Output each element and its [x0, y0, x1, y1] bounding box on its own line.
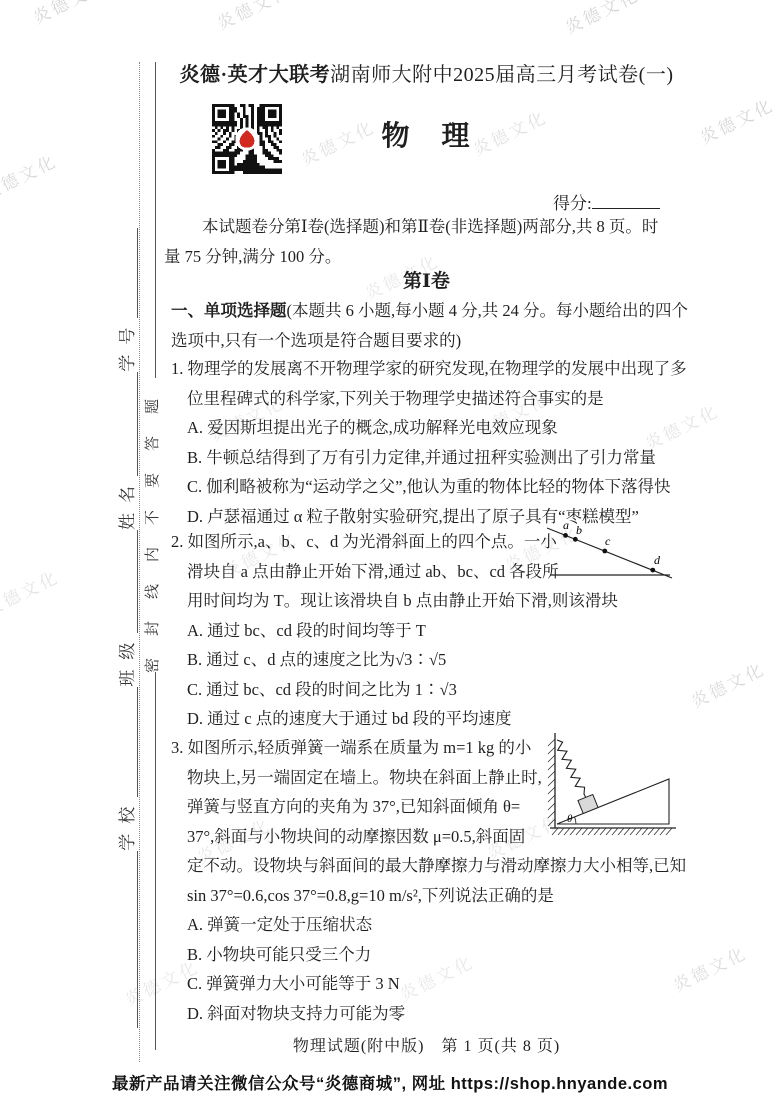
promo-banner: 最新产品请关注微信公众号“炎德商城”, 网址 https://shop.hnya…: [0, 1070, 780, 1094]
question-1: 1. 物理学的发展离不开物理学家的研究发现,在物理学的发展中出现了多 位里程碑式…: [160, 354, 693, 531]
class-label: 班级: [119, 633, 138, 687]
watermark-text: 炎德文化: [560, 0, 643, 38]
write-in-line: [132, 851, 138, 1028]
section-heading: 一、单项选择题(本题共 6 小题,每小题 4 分,共 24 分。每小题给出的四个…: [160, 296, 693, 355]
student-number-label: 学号: [119, 318, 138, 372]
q2-incline-diagram: a b c d: [546, 521, 676, 583]
section-note: 选项中,只有一个选项是符合题目要求的): [160, 326, 693, 356]
option-b: B. 通过 c、d 点的速度之比为√3∶√5: [160, 645, 693, 675]
question-line: 2. 如图所示,a、b、c、d 为光滑斜面上的四个点。一小: [160, 527, 553, 557]
option-c: C. 通过 bc、cd 段的时间之比为 1∶√3: [160, 675, 693, 705]
option-c: C. 伽利略被称为“运动学之父”,他认为重的物体比轻的物体下落得快: [160, 472, 693, 502]
question-line: 3. 如图所示,轻质弹簧一端系在质量为 m=1 kg 的小: [160, 733, 553, 763]
question-2: a b c d 2. 如图所示,a、b、c、d 为光滑斜面上的四个点。一小 滑块…: [160, 527, 693, 734]
option-a: A. 弹簧一定处于压缩状态: [160, 910, 693, 940]
write-in-line: [132, 687, 138, 797]
student-info-strip: 学校 班级 姓名 学号: [104, 228, 138, 1028]
watermark-text: 炎德文化: [212, 0, 295, 34]
school-label: 学校: [119, 797, 138, 851]
question-line: sin 37°=0.6,cos 37°=0.8,g=10 m/s²,下列说法正确…: [160, 881, 693, 911]
question-line: 位里程碑式的科学家,下列关于物理学史描述符合事实的是: [160, 384, 693, 414]
write-in-line: [132, 530, 138, 633]
q3-spring-incline-diagram: θ: [544, 727, 680, 841]
section-note: (本题共 6 小题,每小题 4 分,共 24 分。每小题给出的四个: [287, 301, 689, 320]
seal-dotted-line: [139, 62, 140, 1062]
point-label-a: a: [563, 521, 569, 532]
seal-solid-line-top: [155, 62, 156, 378]
page-footer: 物理试题(附中版) 第 1 页(共 8 页): [160, 1033, 693, 1056]
question-line: 弹簧与竖直方向的夹角为 37°,已知斜面倾角 θ=: [160, 792, 569, 822]
score-label: 得分:: [553, 194, 592, 213]
exam-instructions: 本试题卷分第Ⅰ卷(选择题)和第Ⅱ卷(非选择题)两部分,共 8 页。时 量 75 …: [160, 212, 693, 271]
section-title: 一、单项选择题: [171, 301, 287, 320]
spring: [557, 740, 586, 797]
write-in-line: [132, 372, 138, 476]
question-line: 用时间均为 T。现让该滑块自 b 点由静止开始下滑,则该滑块: [160, 586, 693, 616]
question-line: 1. 物理学的发展离不开物理学家的研究发现,在物理学的发展中出现了多: [160, 354, 693, 384]
option-a: A. 通过 bc、cd 段的时间均等于 T: [160, 616, 693, 646]
watermark-text: 炎德文化: [28, 0, 111, 28]
write-in-line: [132, 228, 138, 318]
question-line: 滑块自 a 点由静止开始下滑,通过 ab、bc、cd 各段所: [160, 557, 569, 587]
angle-label-theta: θ: [567, 813, 573, 825]
instruction-line: 本试题卷分第Ⅰ卷(选择题)和第Ⅱ卷(非选择题)两部分,共 8 页。时: [160, 212, 693, 242]
name-label: 姓名: [119, 476, 138, 530]
watermark-text: 炎德文化: [0, 147, 61, 205]
option-b: B. 牛顿总结得到了万有引力定律,并通过扭秤实验测出了引力常量: [160, 443, 693, 473]
watermark-text: 炎德文化: [686, 655, 769, 713]
part1-heading: 第Ⅰ卷: [160, 266, 693, 293]
question-line: 物块上,另一端固定在墙上。物块在斜面上静止时,: [160, 763, 569, 793]
block: [578, 795, 598, 814]
brand-name: 炎德·英才大联考: [180, 64, 331, 86]
point-label-c: c: [605, 534, 611, 548]
point-label-d: d: [654, 553, 661, 567]
exam-title: 炎德·英才大联考湖南师大附中2025届高三月考试卷(一): [160, 58, 693, 87]
question-line: 37°,斜面与小物块间的动摩擦因数 μ=0.5,斜面固: [160, 822, 569, 852]
option-d: D. 斜面对物块支持力可能为零: [160, 999, 693, 1029]
question-3: θ 3. 如图所示,轻质弹簧一端系在质量为 m=1 kg 的小 物块上,另一端固…: [160, 733, 693, 1028]
qr-code: [212, 104, 282, 174]
option-c: C. 弹簧弹力大小可能等于 3 N: [160, 969, 693, 999]
question-line: 定不动。设物块与斜面间的最大静摩擦力与滑动摩擦力大小相等,已知: [160, 851, 693, 881]
watermark-text: 炎德文化: [0, 563, 63, 621]
option-b: B. 小物块可能只受三个力: [160, 940, 693, 970]
watermark-text: 炎德文化: [695, 91, 778, 149]
score-blank-line: [592, 194, 660, 209]
score-box: 得分:: [553, 189, 780, 214]
seal-solid-line-bottom: [155, 672, 156, 1050]
exam-title-rest: 湖南师大附中2025届高三月考试卷(一): [330, 64, 673, 86]
point-label-b: b: [576, 523, 582, 537]
option-a: A. 爱因斯坦提出光子的概念,成功解释光电效应现象: [160, 413, 693, 443]
